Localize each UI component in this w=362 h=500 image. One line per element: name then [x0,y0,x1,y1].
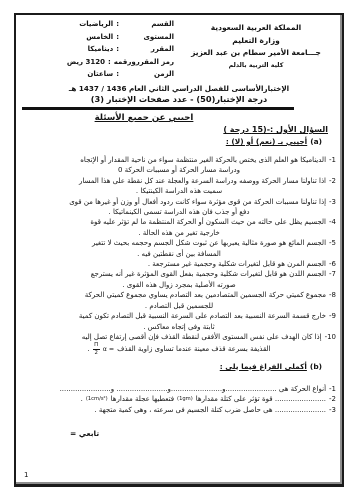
question-item: -3إذا تناولنا مسببات الحركة من قوى مؤثرة… [22,197,336,218]
fill-blank-item: -1 أنواع الحركة هى .....................… [22,384,336,395]
course-info-sep: : [116,43,119,56]
fill-blank-item: -2 ....................... قوة تؤثر على … [22,394,336,405]
institution-country: المملكة العربية السعودية [176,22,336,35]
item-text: الجسم اللدن هو قابل لتغيرات شكلية وحجمية… [91,269,326,279]
item-text: ثابتة وفى إتجاه معاكس . [22,322,336,332]
item-text: صورته الأصلية بمجرد زوال هذه القوى . [22,280,336,290]
item-text: سميت هذه الدراسة الكينتيكا . [22,186,336,196]
item-text: خارج قسمة السرعة النسبية بعد التصادم على… [79,311,326,321]
item-text: دفع أو جذب فان هذه الدراسة تسمى الكينمات… [22,207,336,217]
item-text: فتعطيها عجلة مقدارها [111,394,174,405]
course-info-row: المقرر : ديناميكا [22,43,174,56]
institution-block: المملكة العربية السعودية وزارة التعليم ج… [176,18,336,72]
item-text: للجسمين قبل التصادم . [22,301,336,311]
question-item: -10إذا كان الهدف على نفس المستوى الأفقى … [22,332,336,356]
fraction-numerator: Π [93,342,100,349]
institution-university: جـــامعة الأمير سطام بن عبد العزيز [176,47,336,60]
course-info-label: القسم [122,18,174,31]
page-header: المملكة العربية السعودية وزارة التعليم ج… [22,18,336,81]
course-info-block: القسم : الرياضيات المستوى : الخامس المقر… [22,18,174,81]
part-a-title: أجيبي بـ (نعم) أو (لا) : [226,136,307,147]
part-b-title: أكملي الفراغ فيما يلي : [220,361,307,372]
question-item: -5الجسم المائع هو صورة مثالية يعبربها عن… [22,238,336,259]
item-text: ودراسة مسار الحركة أو مسببات الحركة 0 [22,165,336,175]
item-text: ....................... هى حاصل ضرب كتلة… [94,405,326,416]
item-text: ....................... قوة تؤثر على كتل… [196,394,326,405]
item-text: إذا تناولنا مسببات الحركة من قوى مؤثرة س… [69,197,326,207]
institution-college: كلية التربية بالدلم [176,60,336,73]
institution-ministry: وزارة التعليم [176,35,336,48]
course-info-sep: : [116,68,119,81]
course-info-label: الزمن [122,68,174,81]
continue-marker: تابعي = [22,429,336,438]
item-number: -7 [329,269,336,279]
item-text: الجسم المرن هو قابل لتغيرات شكلية وحجمية… [148,259,326,269]
item-text: اذا تناولنا مسار الحركة ووصفه ودراسة الس… [79,176,326,186]
item-text: خارجية تغير من هذه الحالة . [22,228,336,238]
item-period: . [81,394,83,405]
item-number: -8 [329,290,336,300]
fraction-denominator: 2 [94,350,97,356]
unit-1cms2: (1cm/s²) [86,394,108,405]
item-number: -4 [329,217,336,227]
item-number: -9 [329,311,336,321]
item-number: -1 [329,384,336,395]
part-a-label: (a) [310,136,322,147]
question1-heading: السؤال الأول :-(15 درجة ) [22,124,336,136]
item-text: الديناميكا هو العلم الذى يختص بالحركة ال… [80,155,326,165]
pi-over-two-fraction: Π 2 [93,342,100,355]
question-item: -2اذا تناولنا مسار الحركة ووصفه ودراسة ا… [22,176,336,197]
course-info-value: الرياضيات [79,18,113,31]
item-formula-line: القذيفة بسرعة قذف معينة عندما تساوى زاوي… [22,342,336,355]
item-number: -2 [329,394,336,405]
answer-all-instruction: اجيبي عن جميع الأسئلة [22,112,336,124]
item-text: أنواع الحركة هى .......................و… [60,384,326,395]
item-text: الجسم المائع هو صورة مثالية يعبربها عن ث… [92,238,326,248]
question-item: -4الجسيم يظل على حالته من حيث السكون أو … [22,217,336,238]
question-item: -9خارج قسمة السرعة النسبية بعد التصادم ع… [22,311,336,332]
course-info-value: ساعتان [87,68,113,81]
course-info-sep: : [116,18,119,31]
item-number: -2 [329,176,336,186]
item-number: -3 [329,405,336,416]
course-info-row: المستوى : الخامس [22,31,174,44]
course-info-value: ديناميكا [88,43,114,56]
unit-1gm: (1gm) [177,394,193,405]
part-b-items: -1 أنواع الحركة هى .....................… [22,384,336,416]
divider-rule [22,107,294,111]
part-a-items: -1الديناميكا هو العلم الذى يختص بالحركة … [22,155,336,356]
formula-period: . [87,343,89,356]
course-info-label: المستوى [122,31,174,44]
item-number: -6 [329,259,336,269]
fill-blank-item: -3 ....................... هى حاصل ضرب ك… [22,405,336,416]
course-info-value: 3120 ريض [67,56,105,69]
exam-title: الإختبارالأساسى للفصل الدراسي الثاني الع… [22,84,336,94]
item-number: -10 [325,332,336,342]
course-info-sep: : [108,56,111,69]
exam-grade-pages: درجة الإختبار(50) - عدد صفحات الإختبار (… [22,94,336,104]
alpha-equals: α = [103,343,114,356]
course-info-value: الخامس [86,31,113,44]
item-text: مجموع كميتي حركة الجسمين المتصادمين بعد … [85,290,326,300]
page-number: 1 [24,471,28,479]
part-b-label: (b) [310,361,322,372]
item-text: الجسيم يظل على حالته من حيث السكون أو ال… [90,217,326,227]
item-text: القذيفة بسرعة قذف معينة عندما تساوى زاوي… [117,343,270,356]
item-text: إذا كان الهدف على نفس المستوى الأفقى لنق… [82,332,322,342]
question-item: -8مجموع كميتي حركة الجسمين المتصادمين بع… [22,290,336,311]
course-info-row: رمز المقررورقمه : 3120 ريض [22,56,174,69]
item-text: المسافة بين أى نقطتين فيه . [22,249,336,259]
course-info-label: المقرر [122,43,174,56]
course-info-row: القسم : الرياضيات [22,18,174,31]
question-item: -6الجسم المرن هو قابل لتغيرات شكلية وحجم… [22,259,336,269]
exam-page: المملكة العربية السعودية وزارة التعليم ج… [14,13,344,487]
course-info-row: الزمن : ساعتان [22,68,174,81]
question-item: -7الجسم اللدن هو قابل لتغيرات شكلية وحجم… [22,269,336,290]
course-info-sep: : [116,31,119,44]
part-a-heading: (a) أجيبي بـ (نعم) أو (لا) : [22,136,336,147]
item-number: -5 [329,238,336,248]
item-number: -3 [329,197,336,207]
item-number: -1 [329,155,336,165]
course-info-label: رمز المقررورقمه [114,56,174,69]
question-item: -1الديناميكا هو العلم الذى يختص بالحركة … [22,155,336,176]
part-b-heading: (b) أكملي الفراغ فيما يلي : [22,361,336,372]
